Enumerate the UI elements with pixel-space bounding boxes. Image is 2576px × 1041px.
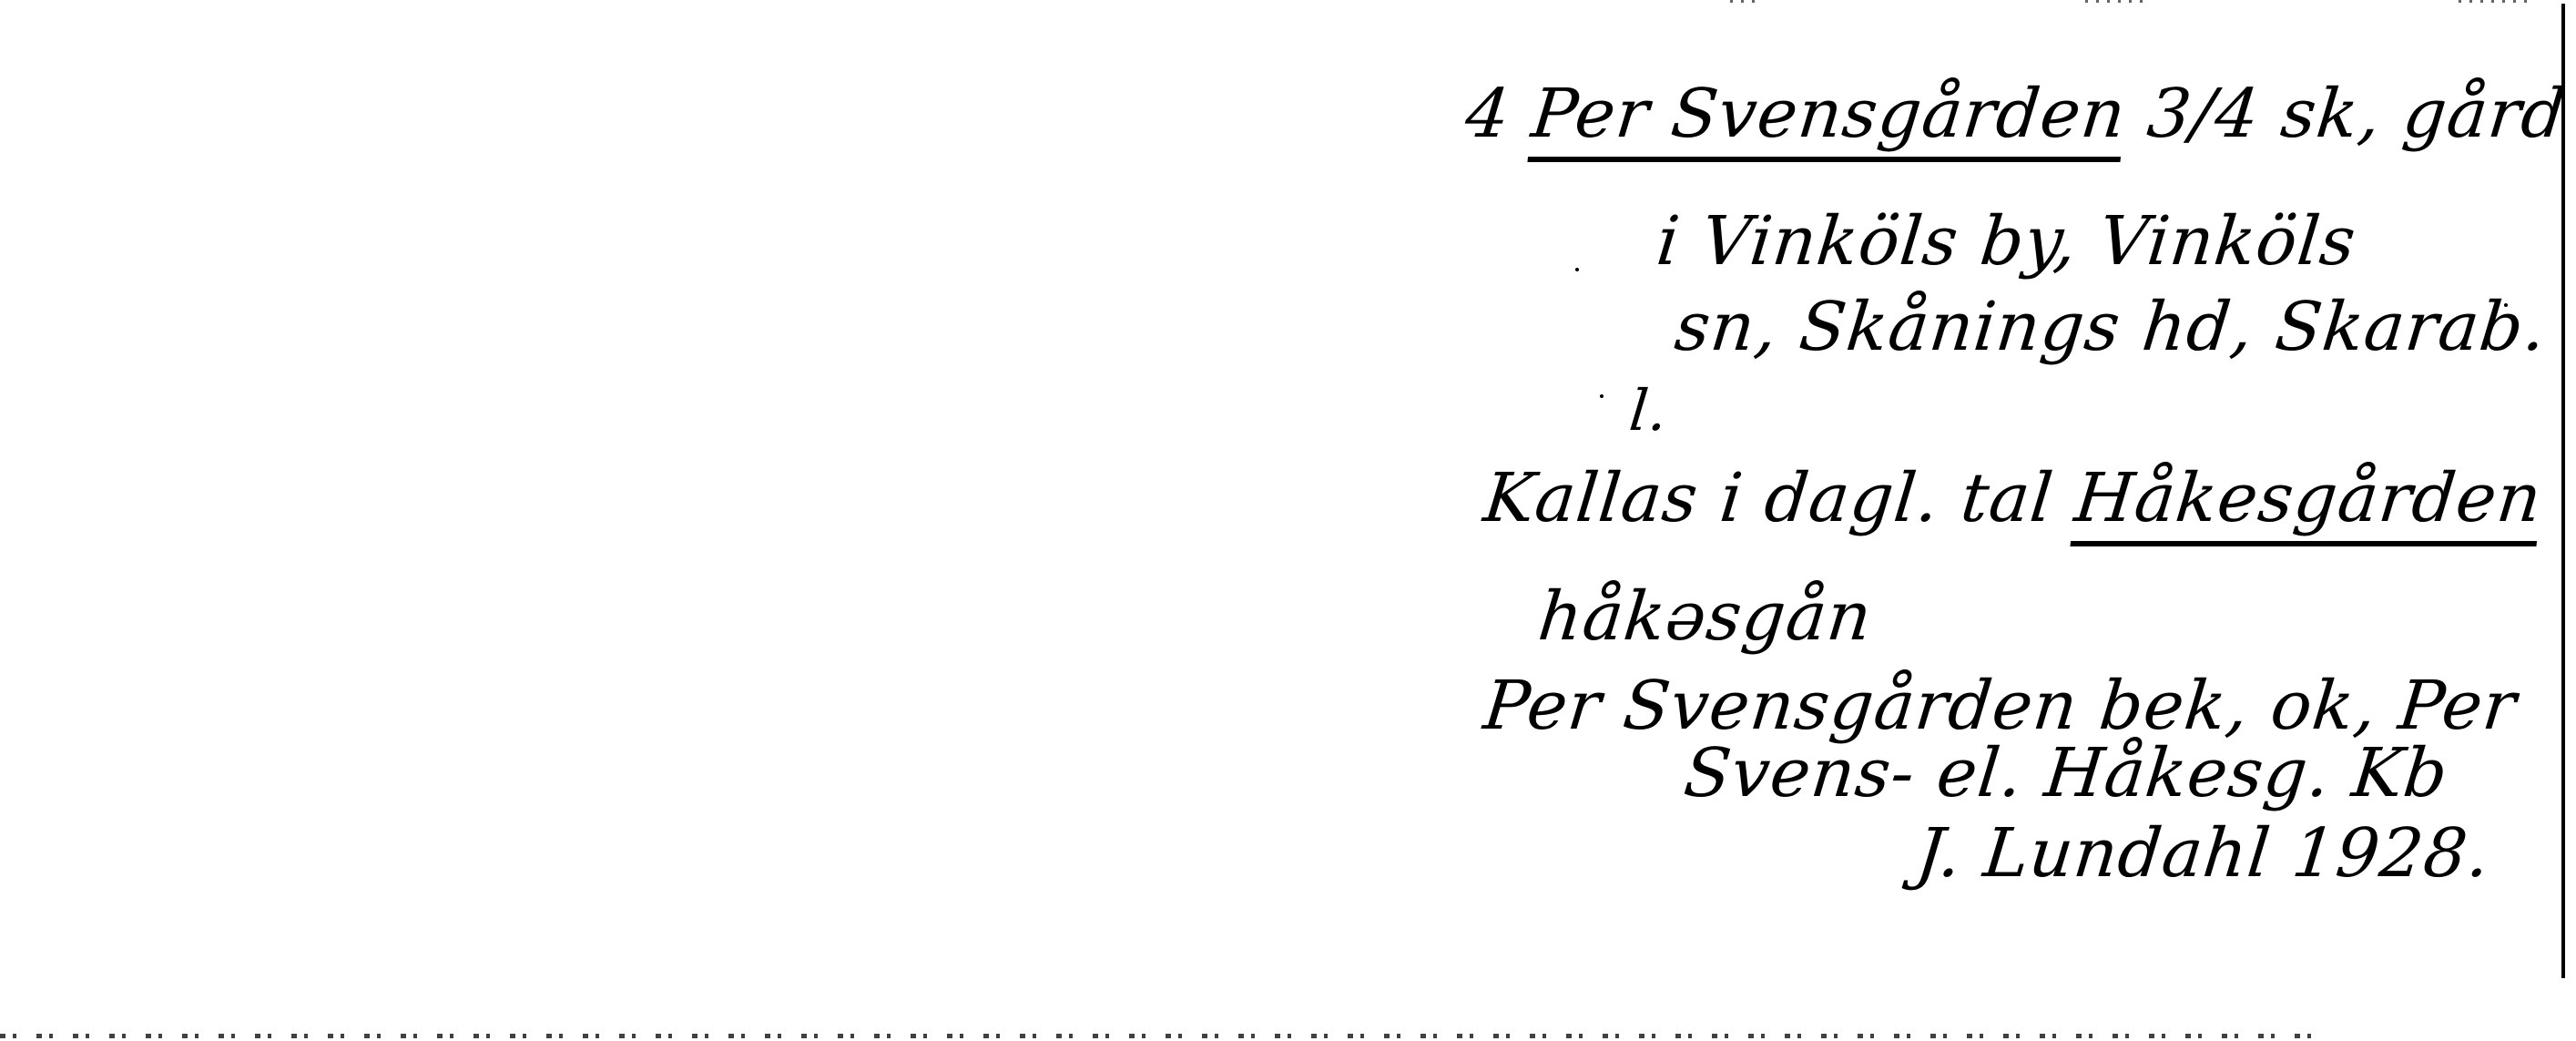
scan-artifact bbox=[1730, 0, 1757, 3]
card-edge bbox=[2561, 4, 2565, 978]
ink-dot bbox=[1600, 394, 1604, 398]
signature-line: J. Lundahl 1928. bbox=[1913, 820, 2493, 887]
pronunciation-line: håkəsgån bbox=[1535, 583, 1875, 650]
entry-line-7: Per Svensgården bek, ok, Per bbox=[1481, 672, 2520, 740]
colloquial-name: Håkesgården bbox=[2071, 459, 2546, 546]
scan-artifact bbox=[0, 1034, 2331, 1038]
entry-line-8: Svens- el. Håkesg. Kb bbox=[1681, 740, 2451, 807]
entry-line-2: i Vinköls by, Vinköls bbox=[1654, 208, 2359, 275]
entry-line-4: l. bbox=[1627, 383, 1671, 439]
scan-artifact bbox=[2085, 0, 2149, 3]
entry-line-1: 4 Per Svensgården 3/4 sk, gård bbox=[1462, 80, 2569, 148]
entry-line-5: Kallas i dagl. tal Håkesgården bbox=[1481, 464, 2545, 532]
colloquial-prefix: Kallas i dagl. tal bbox=[1480, 459, 2057, 537]
archive-card: 4 Per Svensgården 3/4 sk, gård i Vinköls… bbox=[0, 0, 2576, 1041]
ink-dot bbox=[2504, 303, 2508, 307]
farm-name: Per Svensgården bbox=[1527, 75, 2130, 162]
farm-size: 3/4 sk, gård bbox=[2143, 75, 2570, 153]
entry-line-3: sn, Skånings hd, Skarab. bbox=[1672, 293, 2550, 361]
ink-dot bbox=[1575, 268, 1579, 271]
scan-artifact bbox=[2459, 0, 2531, 3]
entry-number: 4 bbox=[1461, 75, 1513, 153]
